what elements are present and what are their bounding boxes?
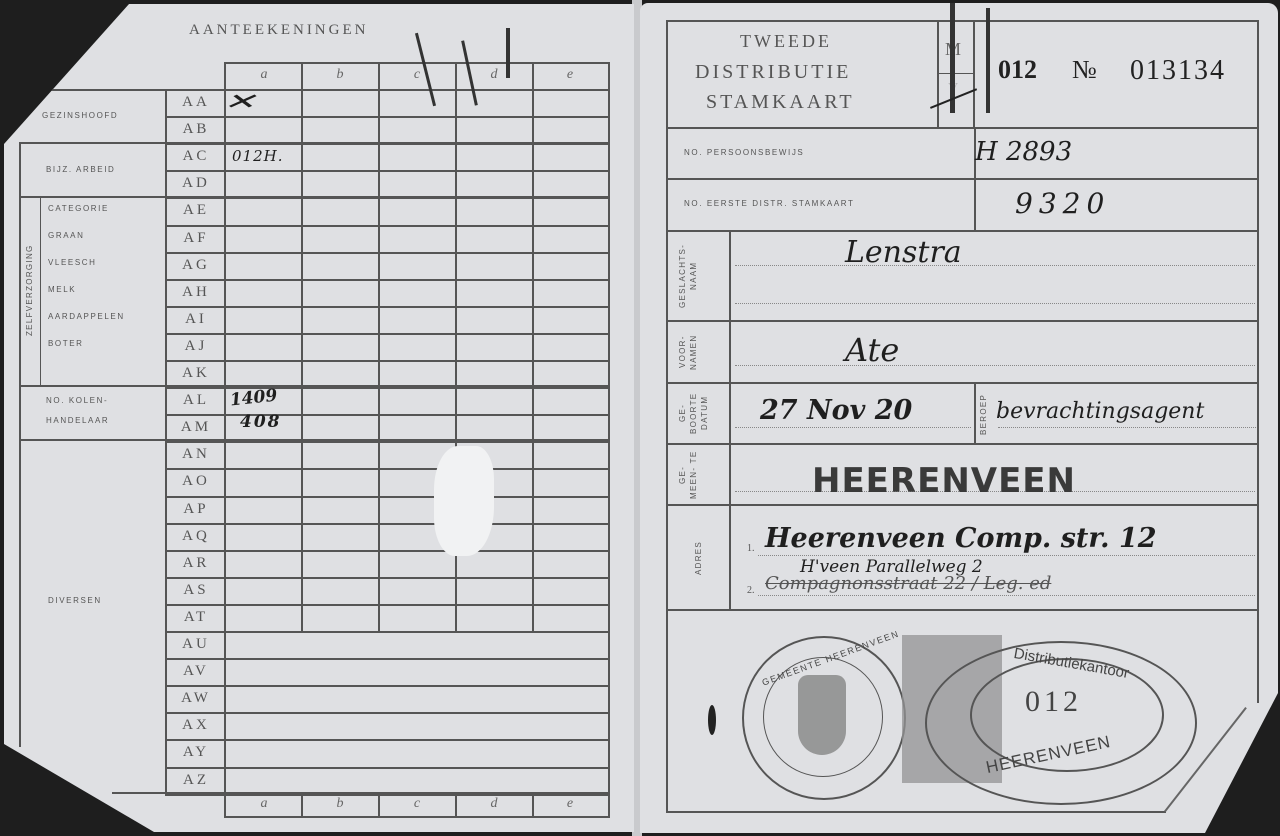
row-code-ae: AE: [167, 202, 225, 219]
voornamen-label: VOOR- NAMEN: [677, 325, 721, 379]
row-code-at: AT: [167, 609, 225, 626]
sub-item-boter: BOTER: [48, 339, 84, 348]
col-header-c: c: [378, 67, 456, 83]
row-line: [165, 468, 610, 470]
row-code-ao: AO: [167, 473, 225, 490]
title-line-2: DISTRIBUTIE: [695, 61, 851, 84]
col-header-e: e: [532, 67, 608, 83]
sex-box-right: [973, 20, 975, 128]
row-line: [165, 496, 610, 498]
group-label-diversen: DIVERSEN: [48, 596, 102, 605]
col-header-a: a: [226, 67, 302, 83]
frame-left: [666, 20, 668, 813]
geboortedatum-label: GE- BOORTE DATUM: [677, 387, 721, 439]
row-code-ag: AG: [167, 257, 225, 274]
paper-worn-patch: [434, 446, 494, 556]
row-code-ar: AR: [167, 555, 225, 572]
row-code-aw: AW: [167, 690, 225, 707]
entry-aa-a: ✕: [223, 90, 256, 115]
adres-1-number: 1.: [747, 543, 755, 554]
row-line: [165, 523, 610, 525]
ink-stroke: [986, 8, 990, 113]
eerste-stamkaart-label: NO. EERSTE DISTR. STAMKAART: [684, 199, 854, 208]
row-line: [165, 604, 610, 606]
dotted-line: [758, 555, 1255, 556]
sub-item-melk: MELK: [48, 285, 76, 294]
sex-box-divider: [937, 73, 973, 74]
row-line: [165, 170, 610, 172]
sub-item-categorie: CATEGORIE: [48, 204, 109, 213]
row-code-aj: AJ: [167, 338, 225, 355]
row-code-ab: AB: [167, 121, 225, 138]
col-header-b: b: [302, 67, 378, 83]
row-code-ap: AP: [167, 501, 225, 518]
beroep-label: BEROEP: [978, 389, 992, 439]
row-line: [165, 333, 610, 335]
adres-2-struck: Compagnonsstraat 22 / Leg. ed: [765, 573, 1051, 594]
row-line: [165, 279, 610, 281]
entry-al-a: 1409: [229, 386, 278, 411]
row-line: [165, 306, 610, 308]
row-line: [165, 387, 610, 389]
left-page-aanteekeningen: AANTEEKENINGEN a b c d e a b c d e GEZIN…: [4, 4, 634, 832]
left-page-title: AANTEEKENINGEN: [189, 22, 368, 39]
sub-item-graan: GRAAN: [48, 231, 84, 240]
row-line: [165, 414, 610, 416]
row-code-af: AF: [167, 230, 225, 247]
row-line: [165, 225, 610, 227]
row-line: [19, 89, 609, 91]
header-top-line: [224, 62, 610, 64]
geslachtsnaam-label: GESLACHTS- NAAM: [677, 236, 721, 316]
col-footer-b: b: [302, 796, 378, 812]
frame-bottom: [666, 811, 1166, 813]
group-label-kolenhandelaar-1: NO. KOLEN-: [46, 396, 108, 405]
col-footer-c: c: [378, 796, 456, 812]
row-line: [666, 178, 1258, 180]
row-line: [666, 230, 1258, 232]
row-code-az: AZ: [167, 772, 225, 789]
gemeente-stamp: HEERENVEEN: [812, 461, 1076, 501]
frame-top: [666, 20, 1258, 22]
row-code-aa: AA: [167, 94, 225, 111]
beroep-divider: [974, 382, 976, 444]
row-line: [165, 739, 610, 741]
frame-right: [1257, 20, 1259, 703]
row-line: [165, 550, 610, 552]
row-code-as: AS: [167, 582, 225, 599]
row-line: [165, 360, 610, 362]
dotted-line: [735, 265, 1255, 266]
geslachtsnaam-value: Lenstra: [845, 235, 962, 270]
row-line: [165, 197, 610, 199]
footer-code: 012: [1224, 791, 1242, 806]
row-code-ad: AD: [167, 175, 225, 192]
row-code-ax: AX: [167, 717, 225, 734]
title-line-1: TWEEDE: [740, 31, 832, 52]
group-label-bijz-arbeid: BIJZ. ARBEID: [46, 165, 115, 174]
ink-stroke: [506, 28, 510, 78]
col-footer-a: a: [226, 796, 302, 812]
adres-2-number: 2.: [747, 585, 755, 596]
dotted-line: [998, 427, 1256, 428]
group-label-kolenhandelaar-2: HANDELAAR: [46, 416, 109, 425]
col-divider: [532, 62, 534, 631]
number-sign: №: [1072, 55, 1097, 85]
row-code-av: AV: [167, 663, 225, 680]
card-number: 013134: [1130, 55, 1226, 87]
row-code-aq: AQ: [167, 528, 225, 545]
bottom-header-bottom: [224, 816, 610, 818]
right-page-stamkaart: TWEEDE DISTRIBUTIE STAMKAART M V 012 № 0…: [640, 3, 1278, 833]
ink-blot: [708, 705, 716, 735]
row-code-ah: AH: [167, 284, 225, 301]
entry-ac-a: 012H.: [232, 147, 283, 165]
dotted-line: [735, 303, 1255, 304]
row-line: [165, 577, 610, 579]
row-line: [666, 504, 1258, 506]
entry-am-a: 408: [240, 412, 282, 432]
dotted-line: [735, 427, 971, 428]
col-footer-d: d: [456, 796, 532, 812]
row-line: [165, 685, 610, 687]
row-line: [666, 609, 1258, 611]
row-line: [666, 382, 1258, 384]
row-code-al: AL: [167, 392, 225, 409]
row-code-an: AN: [167, 446, 225, 463]
row-code-au: AU: [167, 636, 225, 653]
row-line: [666, 127, 1258, 129]
row-code-ai: AI: [167, 311, 225, 328]
sub-item-aardappelen: AARDAPPELEN: [48, 312, 125, 321]
adres-1-value: Heerenveen Comp. str. 12: [765, 523, 1157, 554]
col-divider: [301, 62, 303, 631]
label-col-divider: [729, 230, 731, 610]
coat-of-arms-icon: [798, 675, 846, 755]
gemeente-label: GE- MEEN- TE: [677, 449, 721, 501]
row-line: [666, 320, 1258, 322]
office-stamp-center: 012: [1025, 685, 1082, 719]
geboortedatum-value: 27 Nov 20: [760, 395, 912, 426]
row-line: [165, 252, 610, 254]
adres-label: ADRES: [693, 528, 707, 588]
row-line: [165, 116, 610, 118]
col-divider: [378, 62, 380, 631]
row-line: [165, 712, 610, 714]
col-footer-e: e: [532, 796, 608, 812]
row-code-ay: AY: [167, 744, 225, 761]
dotted-line: [758, 595, 1255, 596]
row-line: [666, 443, 1258, 445]
zelfverzorging-divider: [40, 196, 41, 385]
office-code: 012: [998, 55, 1037, 85]
sub-item-vleesch: VLEESCH: [48, 258, 97, 267]
row-code-ak: AK: [167, 365, 225, 382]
row-line: [165, 658, 610, 660]
title-line-3: STAMKAART: [706, 91, 855, 114]
frame-left-line: [19, 142, 21, 747]
group-label-zelfverzorging: ZELFVERZORGING: [24, 199, 35, 381]
dotted-line: [735, 365, 1255, 366]
row-line: [165, 631, 610, 633]
eerste-stamkaart-value: 9320: [1015, 187, 1110, 220]
voornamen-value: Ate: [845, 331, 899, 369]
row-line: [165, 143, 610, 145]
row-code-am: AM: [167, 419, 225, 436]
beroep-value: bevrachtingsagent: [996, 399, 1204, 424]
row-code-ac: AC: [167, 148, 225, 165]
sex-box-left: [937, 20, 939, 128]
row-line: [165, 441, 610, 443]
persoonsbewijs-label: NO. PERSOONSBEWIJS: [684, 148, 804, 157]
persoonsbewijs-value: H 2893: [975, 137, 1072, 167]
group-label-gezinshoofd: GEZINSHOOFD: [42, 111, 118, 120]
row-line: [165, 767, 610, 769]
